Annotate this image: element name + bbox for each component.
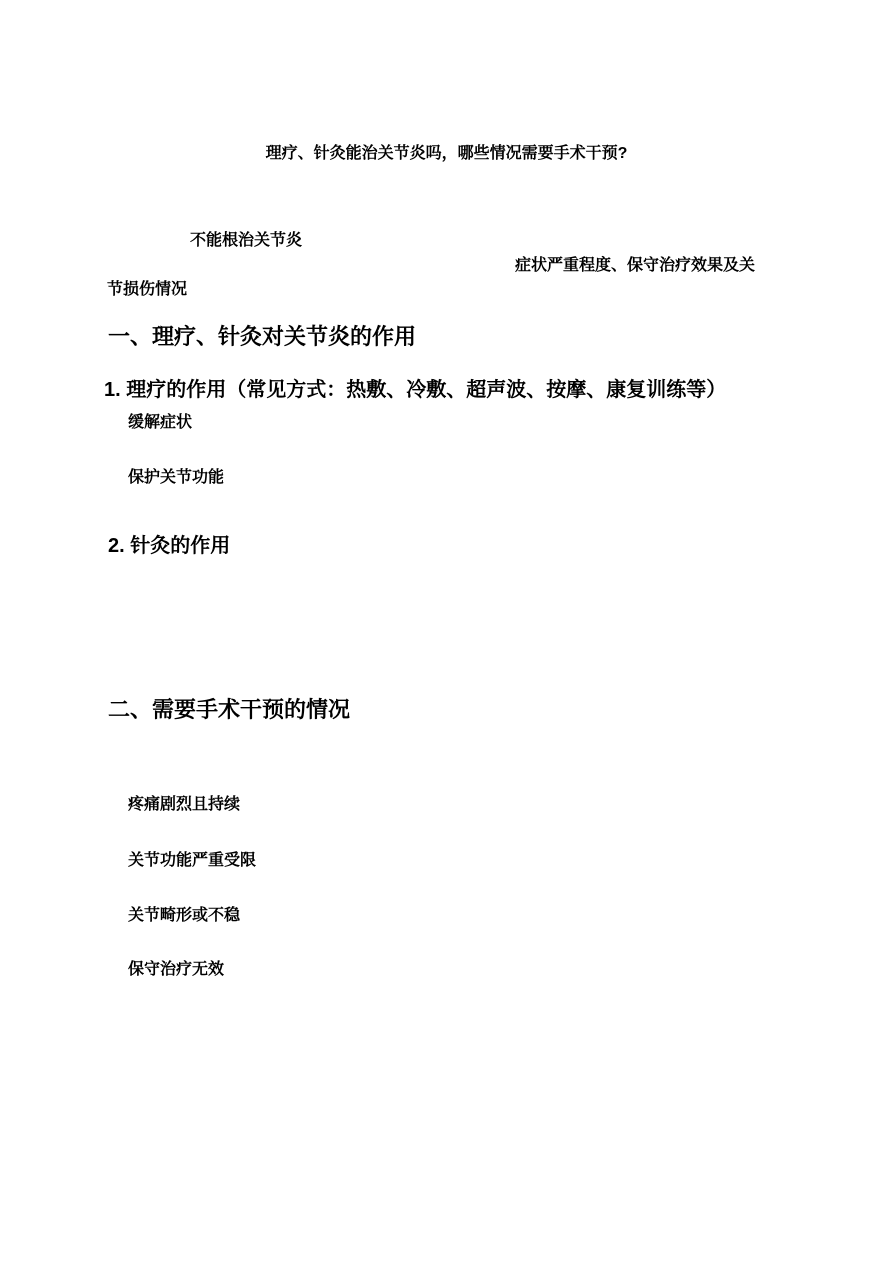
document-title: 理疗、针灸能治关节炎吗，哪些情况需要手术干预?	[0, 144, 893, 163]
section-2-heading: 二、需要手术干预的情况	[108, 697, 350, 723]
section-1-subheading-physiotherapy: 1. 理疗的作用（常见方式：热敷、冷敷、超声波、按摩、康复训练等）	[104, 378, 726, 402]
intro-fragment-no-cure: 不能根治关节炎	[190, 231, 302, 250]
intro-fragment-severity-line-2: 节损伤情况	[107, 280, 187, 299]
section-1-heading: 一、理疗、针灸对关节炎的作用	[108, 324, 416, 350]
section-1-subheading-acupuncture: 2. 针灸的作用	[108, 534, 230, 558]
surgery-point-conservative-treatment-failed: 保守治疗无效	[128, 960, 224, 979]
document-page: 理疗、针灸能治关节炎吗，哪些情况需要手术干预? 不能根治关节炎 症状严重程度、保…	[0, 0, 893, 1262]
physiotherapy-point-relieve-symptoms: 缓解症状	[128, 413, 192, 432]
surgery-point-severe-function-limit: 关节功能严重受限	[128, 851, 256, 870]
surgery-point-severe-persistent-pain: 疼痛剧烈且持续	[128, 795, 240, 814]
surgery-point-deformity-instability: 关节畸形或不稳	[128, 906, 240, 925]
intro-fragment-severity-line-1: 症状严重程度、保守治疗效果及关	[515, 256, 755, 275]
physiotherapy-point-protect-joint-function: 保护关节功能	[128, 468, 224, 487]
